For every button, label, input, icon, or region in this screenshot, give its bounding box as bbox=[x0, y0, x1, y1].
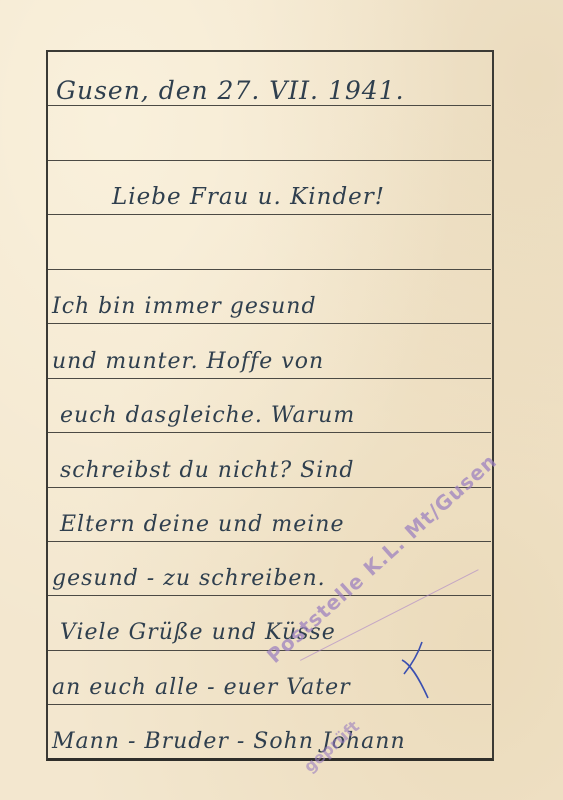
body-line-3: euch dasgleiche. Warum bbox=[60, 403, 355, 428]
ruled-line bbox=[48, 269, 491, 270]
ruled-line bbox=[48, 541, 491, 542]
body-line-1: Ich bin immer gesund bbox=[52, 294, 317, 319]
ruled-line bbox=[48, 160, 491, 161]
place-date-heading: Gusen, den 27. VII. 1941. bbox=[56, 76, 405, 105]
body-line-4: schreibst du nicht? Sind bbox=[60, 458, 355, 483]
ruled-line bbox=[48, 323, 491, 324]
body-line-6: gesund - zu schreiben. bbox=[52, 566, 326, 591]
body-line-8: an euch alle - euer Vater bbox=[52, 675, 351, 700]
letter-sheet: Gusen, den 27. VII. 1941. Liebe Frau u. … bbox=[0, 0, 563, 800]
ruled-line bbox=[48, 214, 491, 215]
ruled-line bbox=[48, 487, 491, 488]
censor-x-mark-icon bbox=[400, 640, 430, 700]
ruled-line bbox=[48, 432, 491, 433]
body-line-2: und munter. Hoffe von bbox=[52, 349, 324, 374]
salutation: Liebe Frau u. Kinder! bbox=[112, 184, 385, 210]
ruled-line bbox=[48, 704, 491, 705]
ruled-line bbox=[48, 105, 491, 106]
body-line-5: Eltern deine und meine bbox=[60, 512, 344, 537]
ruled-line bbox=[48, 378, 491, 379]
